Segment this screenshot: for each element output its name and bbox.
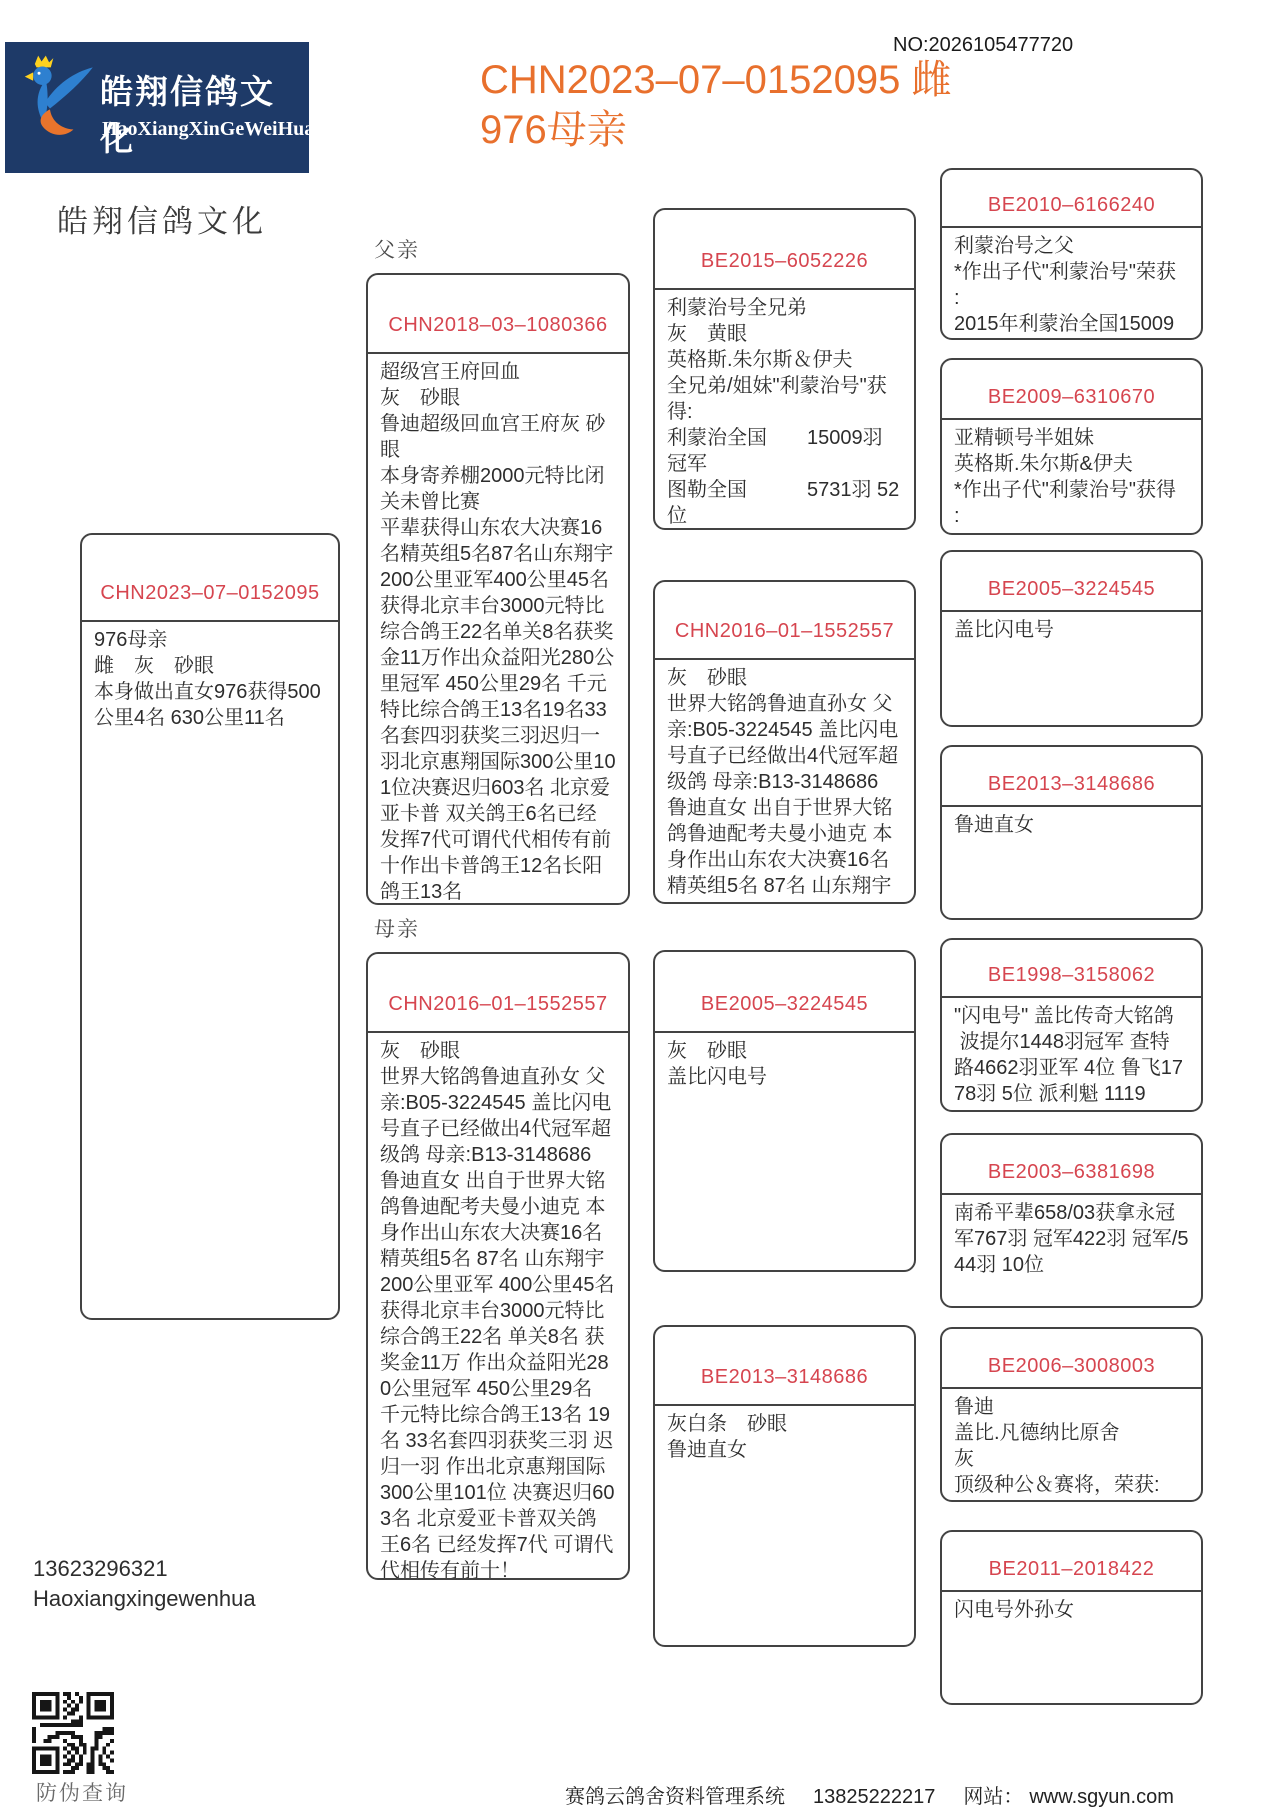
pedigree-certificate-page: { "page": { "no_label": "NO:202610547772…: [0, 0, 1280, 1810]
pedigree-box-grandparent-2: CHN2016–01–1552557 灰 砂眼 世界大铭鸽鲁迪直孙女 父亲:B0…: [653, 580, 916, 904]
peacock-logo-icon: [13, 50, 97, 162]
qr-caption: 防伪查询: [36, 1777, 128, 1807]
ring-number: CHN2016–01–1552557: [368, 954, 628, 1033]
footer-system-info: 赛鸽云鸽舍资料管理系统13825222217网站：www.sgyun.com: [565, 1780, 1174, 1809]
pedigree-box-mother: CHN2016–01–1552557 灰 砂眼 世界大铭鸽鲁迪直孙女 父亲:B0…: [366, 952, 630, 1580]
pedigree-text: 灰白条 砂眼 鲁迪直女: [655, 1406, 914, 1463]
pedigree-text: 利蒙治号之父 *作出子代"利蒙治号"荣获 : 2015年利蒙治全国15009: [942, 228, 1201, 337]
pedigree-box-ggparent-5: BE1998–3158062 "闪电号" 盖比传奇大铭鸽 波提尔1448羽冠军 …: [940, 938, 1203, 1112]
pedigree-text: 闪电号外孙女: [942, 1592, 1201, 1623]
system-phone: 13825222217: [813, 1786, 935, 1808]
pedigree-text: 南希平辈658/03获拿永冠军767羽 冠军422羽 冠军/544羽 10位: [942, 1195, 1201, 1278]
father-label: 父亲: [374, 234, 420, 264]
system-name: 赛鸽云鸽舍资料管理系统: [565, 1786, 785, 1808]
pedigree-text: 鲁迪 盖比.凡德纳比原舍 灰 顶级种公＆赛将，荣获:: [942, 1389, 1201, 1498]
page-title-ring: CHN2023–07–0152095 雌: [480, 55, 951, 105]
pedigree-box-subject: CHN2023–07–0152095 976母亲 雌 灰 砂眼 本身做出直女97…: [80, 533, 340, 1320]
ring-number: BE2005–3224545: [942, 552, 1201, 612]
page-title: CHN2023–07–0152095 雌 976母亲: [480, 55, 951, 155]
pedigree-box-grandparent-1: BE2015–6052226 利蒙治号全兄弟 灰 黄眼 英格斯.朱尔斯＆伊夫 全…: [653, 208, 916, 530]
pedigree-text: 灰 砂眼 世界大铭鸽鲁迪直孙女 父亲:B05-3224545 盖比闪电号直子已经…: [655, 660, 914, 899]
ring-number: BE2005–3224545: [655, 952, 914, 1033]
mother-label: 母亲: [374, 913, 420, 943]
company-logo: 皓翔信鸽文化 HaoXiangXinGeWeiHua: [5, 42, 309, 173]
ring-number: CHN2023–07–0152095: [82, 535, 338, 622]
logo-company-name-cn: 皓翔信鸽文化: [100, 66, 309, 160]
qr-code: [32, 1692, 114, 1774]
ring-number: BE2003–6381698: [942, 1135, 1201, 1195]
pedigree-text: 亚精顿号半姐妹 英格斯.朱尔斯&伊夫 *作出子代"利蒙治号"获得 :: [942, 420, 1201, 529]
pedigree-text: 利蒙治号全兄弟 灰 黄眼 英格斯.朱尔斯＆伊夫 全兄弟/姐妹"利蒙治号"获得: …: [655, 290, 914, 529]
ring-number: BE2013–3148686: [942, 747, 1201, 807]
contact-brand-en: Haoxiangxingewenhua: [33, 1586, 256, 1612]
pedigree-box-grandparent-3: BE2005–3224545 灰 砂眼 盖比闪电号: [653, 950, 916, 1272]
website-label: 网站：: [963, 1786, 1023, 1808]
pedigree-text: 盖比闪电号: [942, 612, 1201, 643]
pedigree-box-ggparent-3: BE2005–3224545 盖比闪电号: [940, 550, 1203, 727]
ring-number: BE2011–2018422: [942, 1532, 1201, 1592]
ring-number: CHN2018–03–1080366: [368, 275, 628, 354]
pedigree-box-ggparent-6: BE2003–6381698 南希平辈658/03获拿永冠军767羽 冠军422…: [940, 1133, 1203, 1308]
pedigree-box-ggparent-1: BE2010–6166240 利蒙治号之父 *作出子代"利蒙治号"荣获 : 20…: [940, 168, 1203, 340]
pedigree-box-ggparent-2: BE2009–6310670 亚精顿号半姐妹 英格斯.朱尔斯&伊夫 *作出子代"…: [940, 358, 1203, 535]
ring-number: BE2009–6310670: [942, 360, 1201, 420]
contact-phone: 13623296321: [33, 1556, 168, 1582]
ring-number: BE1998–3158062: [942, 940, 1201, 998]
pedigree-text: 灰 砂眼 世界大铭鸽鲁迪直孙女 父亲:B05-3224545 盖比闪电号直子已经…: [368, 1033, 628, 1580]
website-url: www.sgyun.com: [1029, 1786, 1174, 1808]
pedigree-box-ggparent-4: BE2013–3148686 鲁迪直女: [940, 745, 1203, 920]
pedigree-text: 灰 砂眼 盖比闪电号: [655, 1033, 914, 1090]
certificate-number: NO:2026105477720: [893, 34, 1073, 57]
pedigree-text: "闪电号" 盖比传奇大铭鸽 波提尔1448羽冠军 查特路4662羽亚军 4位 鲁…: [942, 998, 1201, 1107]
ring-number: BE2013–3148686: [655, 1327, 914, 1406]
ring-number: CHN2016–01–1552557: [655, 582, 914, 660]
logo-company-name-en: HaoXiangXinGeWeiHua: [102, 118, 314, 141]
ring-number: BE2015–6052226: [655, 210, 914, 290]
pedigree-text: 超级宫王府回血 灰 砂眼 鲁迪超级回血宫王府灰 砂眼 本身寄养棚2000元特比闭…: [368, 354, 628, 905]
page-title-subject: 976母亲: [480, 105, 951, 155]
pedigree-box-ggparent-7: BE2006–3008003 鲁迪 盖比.凡德纳比原舍 灰 顶级种公＆赛将，荣获…: [940, 1327, 1203, 1502]
ring-number: BE2006–3008003: [942, 1329, 1201, 1389]
ring-number: BE2010–6166240: [942, 170, 1201, 228]
brand-text: 皓翔信鸽文化: [57, 196, 267, 241]
pedigree-box-ggparent-8: BE2011–2018422 闪电号外孙女: [940, 1530, 1203, 1705]
pedigree-text: 鲁迪直女: [942, 807, 1201, 838]
pedigree-box-father: CHN2018–03–1080366 超级宫王府回血 灰 砂眼 鲁迪超级回血宫王…: [366, 273, 630, 905]
pedigree-box-grandparent-4: BE2013–3148686 灰白条 砂眼 鲁迪直女: [653, 1325, 916, 1647]
pedigree-text: 976母亲 雌 灰 砂眼 本身做出直女976获得500公里4名 630公里11名: [82, 622, 338, 731]
